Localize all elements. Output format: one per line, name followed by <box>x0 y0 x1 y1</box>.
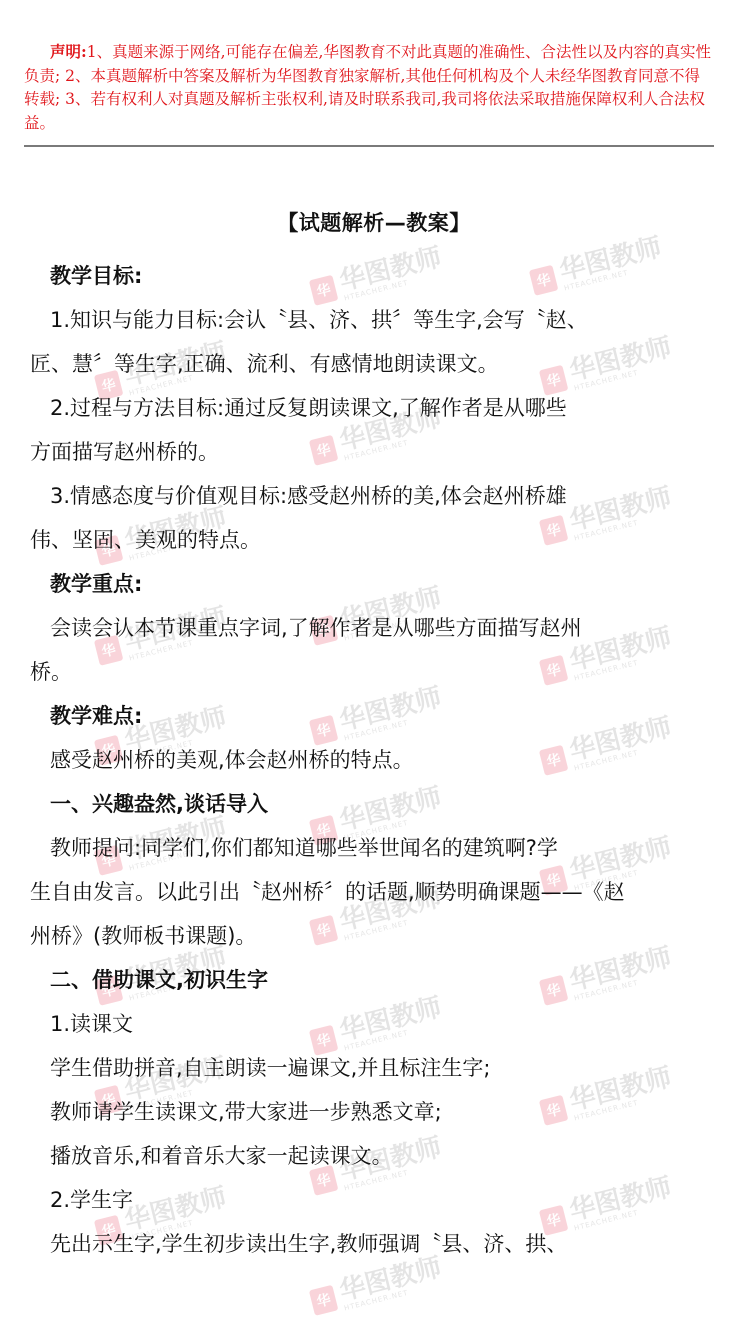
watermark: 华华图教师HTEACHER.NET <box>308 1254 446 1319</box>
paragraph-line: 生自由发言。以此引出〝赵州桥〞的话题,顺势明确课题——《赵 <box>30 876 625 906</box>
watermark-sub: HTEACHER.NET <box>573 740 676 773</box>
watermark-brand: 华图教师 <box>567 1062 675 1116</box>
paragraph-line: 教师请学生读课文,带大家进一步熟悉文章; <box>50 1096 442 1126</box>
page-title: 【试题解析—教案】 <box>0 207 748 237</box>
watermark: 华华图教师HTEACHER.NET <box>308 684 446 749</box>
watermark-sub: HTEACHER.NET <box>343 430 446 463</box>
paragraph-line: 会读会认本节课重点字词,了解作者是从哪些方面描写赵州 <box>50 612 582 642</box>
watermark: 华华图教师HTEACHER.NET <box>308 994 446 1059</box>
watermark-brand: 华图教师 <box>337 782 445 836</box>
watermark-logo-icon: 华 <box>539 655 569 686</box>
watermark-sub: HTEACHER.NET <box>573 510 676 543</box>
watermark-brand: 华图教师 <box>337 1252 445 1306</box>
watermark: 华华图教师HTEACHER.NET <box>538 334 676 399</box>
watermark-brand: 华图教师 <box>337 242 445 296</box>
watermark: 华华图教师HTEACHER.NET <box>538 714 676 779</box>
paragraph-line: 教师提问:同学们,你们都知道哪些举世闻名的建筑啊?学 <box>50 832 558 862</box>
paragraph-line: 3.情感态度与价值观目标:感受赵州桥的美,体会赵州桥雄 <box>50 480 567 510</box>
watermark-logo-icon: 华 <box>309 435 339 466</box>
paragraph-line: 学生借助拼音,自主朗读一遍课文,并且标注生字; <box>50 1052 490 1082</box>
watermark-brand: 华图教师 <box>567 622 675 676</box>
watermark: 华华图教师HTEACHER.NET <box>538 944 676 1009</box>
paragraph-line: 播放音乐,和着音乐大家一起读课文。 <box>50 1140 393 1170</box>
section-heading: 一、兴趣盎然,谈话导入 <box>50 788 268 818</box>
watermark: 华华图教师HTEACHER.NET <box>538 1064 676 1129</box>
disclaimer-text: 1、真题来源于网络,可能存在偏差,华图教育不对此真题的准确性、合法性以及内容的真… <box>24 43 711 132</box>
section-heading: 二、借助课文,初识生字 <box>50 964 268 994</box>
paragraph-line: 先出示生字,学生初步读出生字,教师强调〝县、济、拱、 <box>50 1228 567 1258</box>
paragraph-line: 2.过程与方法目标:通过反复朗读课文,了解作者是从哪些 <box>50 392 567 422</box>
watermark-brand: 华图教师 <box>567 482 675 536</box>
watermark-brand: 华图教师 <box>567 332 675 386</box>
watermark-sub: HTEACHER.NET <box>563 260 666 293</box>
disclaimer: 声明:1、真题来源于网络,可能存在偏差,华图教育不对此真题的准确性、合法性以及内… <box>24 40 714 135</box>
watermark-brand: 华图教师 <box>337 992 445 1046</box>
watermark-logo-icon: 华 <box>539 515 569 546</box>
paragraph-line: 2.学生字 <box>50 1184 133 1214</box>
paragraph-line: 桥。 <box>30 656 72 686</box>
paragraph-line: 1.知识与能力目标:会认〝县、济、拱〞等生字,会写〝赵、 <box>50 304 588 334</box>
watermark-sub: HTEACHER.NET <box>573 650 676 683</box>
watermark-sub: HTEACHER.NET <box>573 1200 676 1233</box>
paragraph-line: 匠、慧〞等生字,正确、流利、有感情地朗读课文。 <box>30 348 499 378</box>
watermark-sub: HTEACHER.NET <box>343 710 446 743</box>
divider-rule <box>24 145 714 147</box>
paragraph-line: 感受赵州桥的美观,体会赵州桥的特点。 <box>50 744 414 774</box>
watermark-logo-icon: 华 <box>309 275 339 306</box>
watermark-sub: HTEACHER.NET <box>343 910 446 943</box>
watermark: 华华图教师HTEACHER.NET <box>528 234 666 299</box>
watermark-logo-icon: 华 <box>539 1095 569 1126</box>
watermark-sub: HTEACHER.NET <box>343 270 446 303</box>
watermark-sub: HTEACHER.NET <box>573 360 676 393</box>
paragraph-line: 州桥》(教师板书课题)。 <box>30 920 256 950</box>
watermark-sub: HTEACHER.NET <box>573 1090 676 1123</box>
watermark-sub: HTEACHER.NET <box>573 970 676 1003</box>
disclaimer-lead: 声明: <box>50 42 87 61</box>
watermark-sub: HTEACHER.NET <box>343 1020 446 1053</box>
watermark: 华华图教师HTEACHER.NET <box>308 244 446 309</box>
watermark-logo-icon: 华 <box>309 1285 339 1316</box>
watermark-brand: 华图教师 <box>557 232 665 286</box>
section-heading: 教学目标: <box>50 260 142 290</box>
section-heading: 教学难点: <box>50 700 142 730</box>
watermark-brand: 华图教师 <box>337 682 445 736</box>
watermark-logo-icon: 华 <box>309 715 339 746</box>
watermark-sub: HTEACHER.NET <box>343 1280 446 1313</box>
watermark-logo-icon: 华 <box>539 975 569 1006</box>
paragraph-line: 伟、坚固、美观的特点。 <box>30 524 261 554</box>
section-heading: 教学重点: <box>50 568 142 598</box>
watermark-logo-icon: 华 <box>539 745 569 776</box>
paragraph-line: 方面描写赵州桥的。 <box>30 436 219 466</box>
watermark-brand: 华图教师 <box>567 1172 675 1226</box>
paragraph-line: 1.读课文 <box>50 1008 133 1038</box>
watermark-logo-icon: 华 <box>309 915 339 946</box>
watermark-brand: 华图教师 <box>567 712 675 766</box>
watermark-logo-icon: 华 <box>529 265 559 296</box>
watermark-brand: 华图教师 <box>567 942 675 996</box>
